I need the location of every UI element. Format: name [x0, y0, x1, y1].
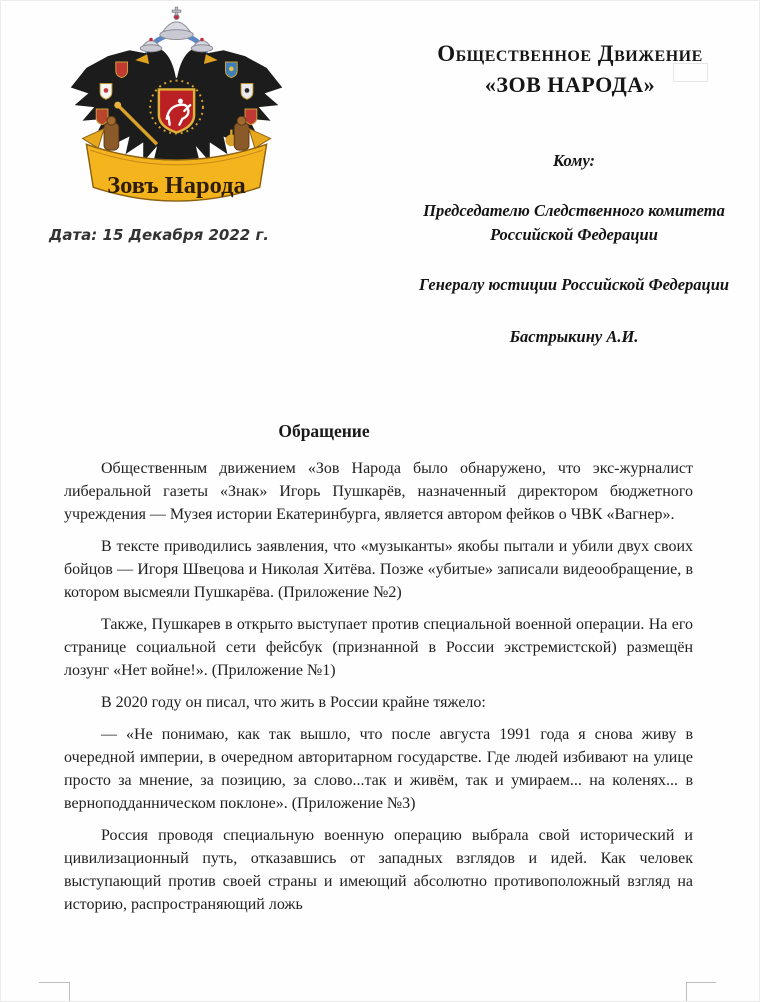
to-label: Кому: — [413, 149, 735, 173]
body-paragraph-1: Общественным движением «Зов Народа было … — [64, 457, 693, 526]
body-paragraph-5: — «Не понимаю, как так вышло, что после … — [64, 723, 693, 815]
document-page: Зовъ Народа Дата: 15 Декабря 2022 г. Общ… — [0, 0, 760, 1002]
text-boundary-mark-left-vertical — [69, 982, 70, 1002]
recipient-line-2: Генералу юстиции Российской Федерации — [413, 273, 735, 297]
appeal-body: Обращение Общественным движением «Зов На… — [64, 421, 693, 925]
body-paragraph-6: Россия проводя специальную военную опера… — [64, 824, 693, 916]
recipient-block: Кому: Председателю Следственного комитет… — [413, 149, 735, 349]
emblem-banner-text: Зовъ Народа — [107, 172, 246, 199]
text-boundary-mark-right-vertical — [686, 982, 687, 1002]
date-line: Дата: 15 Декабря 2022 г. — [37, 226, 281, 244]
body-paragraph-4: В 2020 году он писал, что жить в России … — [64, 691, 693, 714]
faint-edit-artifact — [673, 63, 708, 82]
text-boundary-mark-left-horizontal — [39, 982, 69, 983]
text-boundary-mark-right-horizontal — [686, 982, 716, 983]
body-paragraph-3: Также, Пушкарев в открыто выступает прот… — [64, 613, 693, 682]
recipient-line-3: Бастрыкину А.И. — [413, 325, 735, 349]
body-paragraph-2: В тексте приводились заявления, что «муз… — [64, 535, 693, 604]
central-shield — [159, 89, 194, 132]
org-emblem: Зовъ Народа — [59, 5, 294, 215]
crown-icons — [140, 7, 212, 52]
appeal-heading: Обращение — [64, 421, 584, 442]
recipient-line-1: Председателю Следственного комитета Росс… — [413, 199, 735, 247]
imperial-eagle-icon: Зовъ Народа — [59, 5, 294, 215]
